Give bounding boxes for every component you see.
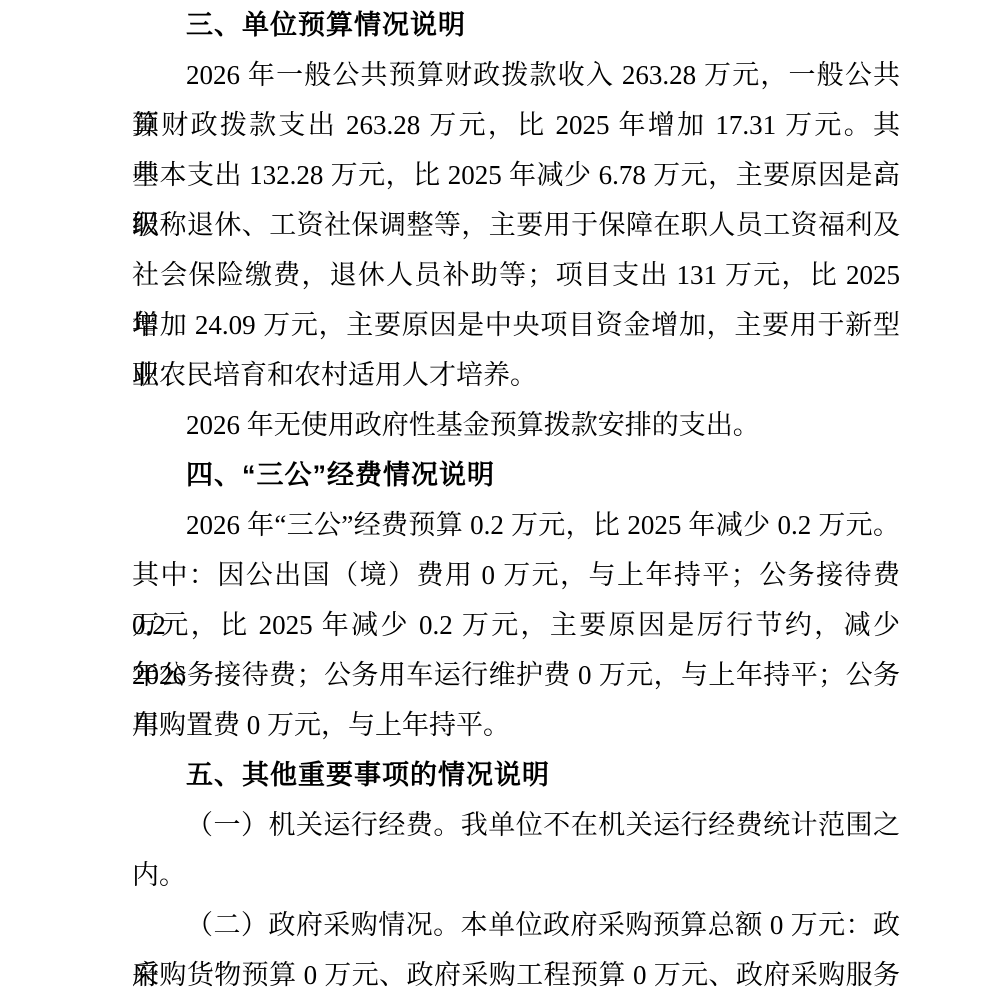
heading-section-4: 四、“三公”经费情况说明 <box>132 450 900 500</box>
text-line: 业农民培育和农村适用人才培养。 <box>132 350 900 400</box>
text-line: 社会保险缴费，退休人员补助等；项目支出 131 万元，比 2025 年 <box>132 250 900 300</box>
text-line: 2026 年“三公”经费预算 0.2 万元，比 2025 年减少 0.2 万元。 <box>132 500 900 550</box>
heading-section-5: 五、其他重要事项的情况说明 <box>132 750 900 800</box>
text-line: （一）机关运行经费。我单位不在机关运行经费统计范围之 <box>132 800 900 850</box>
text-line: 增加 24.09 万元，主要原因是中央项目资金增加，主要用于新型职 <box>132 300 900 350</box>
text-line: 职称退休、工资社保调整等，主要用于保障在职人员工资福利及 <box>132 200 900 250</box>
text-line: 2026 年一般公共预算财政拨款收入 263.28 万元，一般公共预 <box>132 50 900 100</box>
text-line: 内。 <box>132 850 900 900</box>
text-line: 基本支出 132.28 万元，比 2025 年减少 6.78 万元，主要原因是高… <box>132 150 900 200</box>
text-line: 采购货物预算 0 万元、政府采购工程预算 0 万元、政府采购服务预 <box>132 950 900 1000</box>
text-line: （二）政府采购情况。本单位政府采购预算总额 0 万元：政府 <box>132 900 900 950</box>
text-line: 万元，比 2025 年减少 0.2 万元，主要原因是厉行节约，减少 2026 <box>132 600 900 650</box>
text-line: 车购置费 0 万元，与上年持平。 <box>132 700 900 750</box>
heading-section-3: 三、单位预算情况说明 <box>132 0 900 50</box>
document-page: 三、单位预算情况说明 2026 年一般公共预算财政拨款收入 263.28 万元，… <box>132 0 900 1000</box>
text-line: 年公务接待费；公务用车运行维护费 0 万元，与上年持平；公务用 <box>132 650 900 700</box>
text-line: 其中：因公出国（境）费用 0 万元，与上年持平；公务接待费 0.2 <box>132 550 900 600</box>
text-line: 算财政拨款支出 263.28 万元，比 2025 年增加 17.31 万元。其中… <box>132 100 900 150</box>
text-line: 2026 年无使用政府性基金预算拨款安排的支出。 <box>132 400 900 450</box>
